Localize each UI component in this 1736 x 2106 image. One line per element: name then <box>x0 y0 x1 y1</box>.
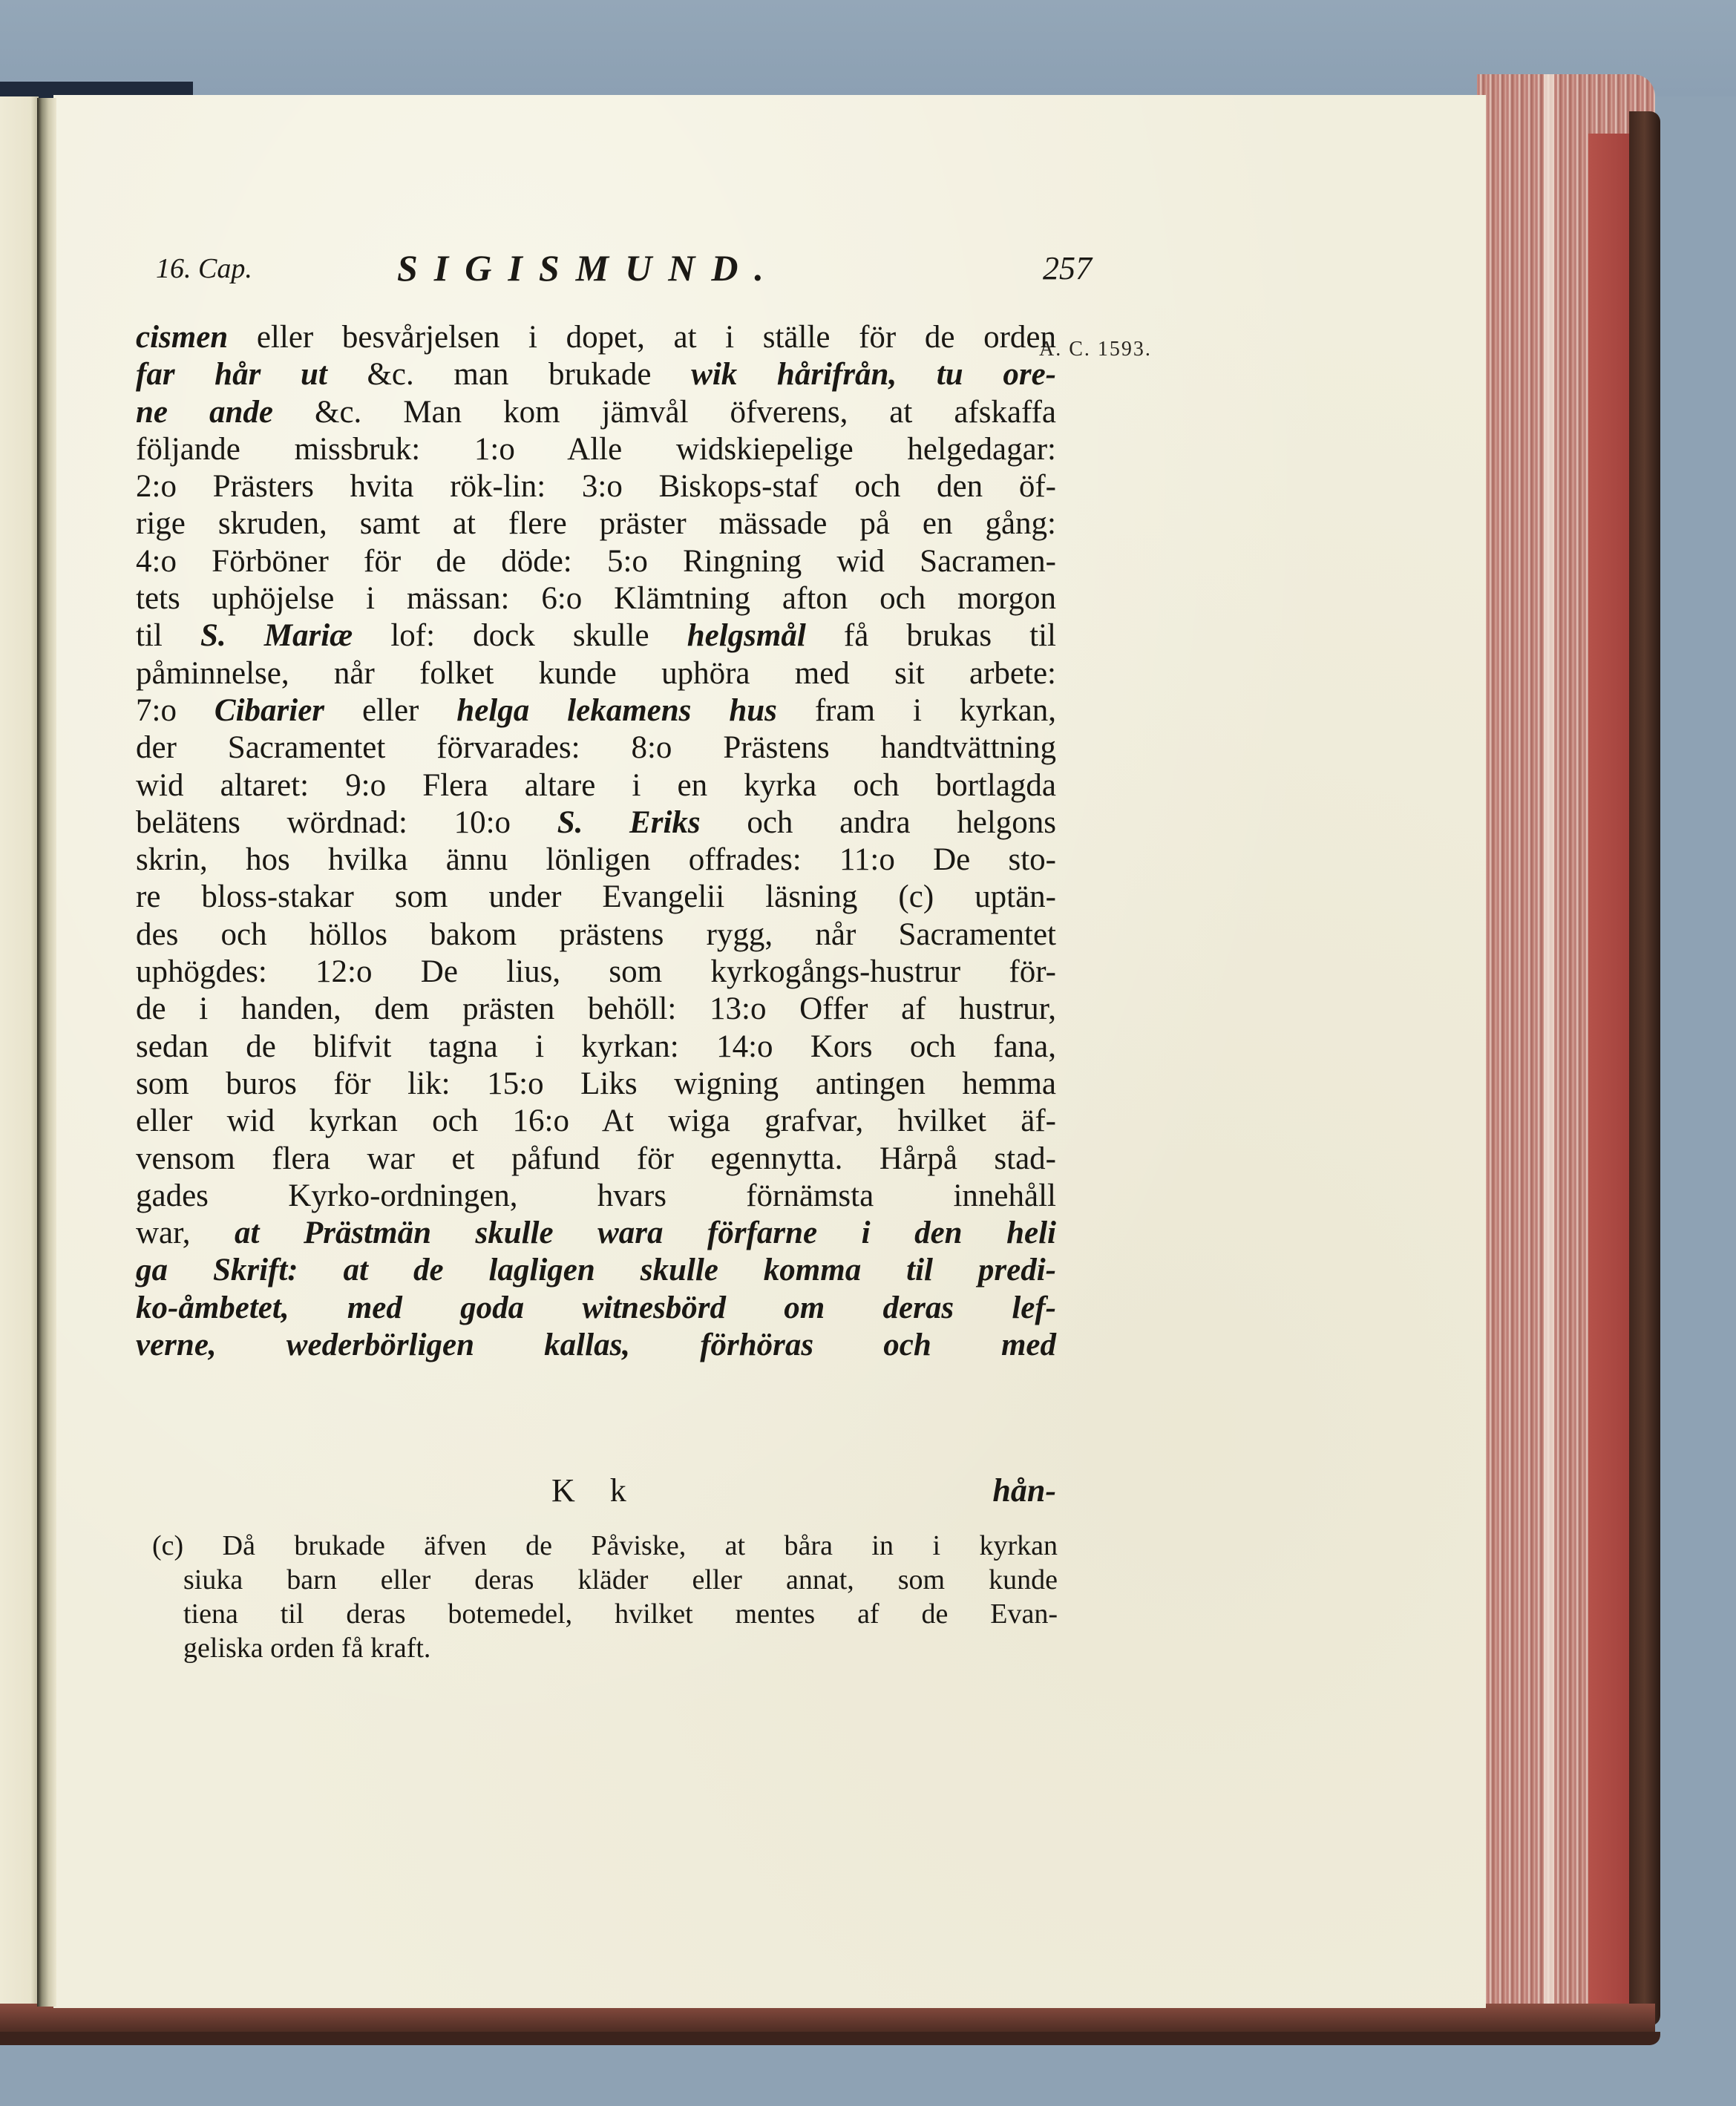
body-line: wid altaret: 9:o Flera altare i en kyrka… <box>136 767 1056 804</box>
text-run: der Sacramentet förvarades: 8:o Prästens… <box>136 730 1056 765</box>
body-line: ga Skrift: at de lagligen skulle komma t… <box>136 1252 1056 1289</box>
page-number: 257 <box>1043 249 1092 287</box>
footnote-line: (c) Då brukade äfven de Påviske, at båra… <box>152 1529 1058 1563</box>
text-run: belätens wördnad: 10:o <box>136 805 557 840</box>
leather-cover <box>1629 111 1660 2026</box>
italic-text: far hår ut <box>136 357 327 392</box>
text-run: få brukas til <box>806 618 1056 653</box>
body-line: påminnelse, når folket kunde uphöra med … <box>136 655 1056 692</box>
running-head: 16. Cap. SIGISMUND. 257 <box>156 246 1069 298</box>
footnote-line: tiena til deras botemedel, hvilket mente… <box>152 1597 1058 1631</box>
body-line: rige skruden, samt at flere präster mäss… <box>136 505 1056 542</box>
text-run: sedan de blifvit tagna i kyrkan: 14:o Ko… <box>136 1029 1056 1064</box>
body-line: belätens wördnad: 10:o S. Eriks och andr… <box>136 804 1056 842</box>
body-line: de i handen, dem prästen behöll: 13:o Of… <box>136 991 1056 1028</box>
signature-mark: K k <box>551 1472 640 1509</box>
body-line: 4:o Förböner för de döde: 5:o Ringning w… <box>136 543 1056 580</box>
text-run: tets uphöjelse i mässan: 6:o Klämtning a… <box>136 581 1056 616</box>
text-run: eller besvårjelsen i dopet, at i ställe … <box>228 320 1056 355</box>
italic-text: wik hårifrån, tu ore- <box>691 357 1056 392</box>
body-line: til S. Mariæ lof: dock skulle helgsmål f… <box>136 617 1056 655</box>
body-line: skrin, hos hvilka ännu lönligen offrades… <box>136 842 1056 879</box>
signature-line: K k hån- <box>136 1472 1056 1510</box>
body-line: 7:o Cibarier eller helga lekamens hus fr… <box>136 692 1056 729</box>
italic-text: at Prästmän skulle wara förfarne i den h… <box>235 1216 1056 1250</box>
text-run: 7:o <box>136 693 214 728</box>
bottom-cover <box>0 2032 1660 2045</box>
body-line: cismen eller besvårjelsen i dopet, at i … <box>136 319 1056 356</box>
text-run: 2:o Prästers hvita rök-lin: 3:o Biskops-… <box>136 469 1056 504</box>
footnote-line: siuka barn eller deras kläder eller anna… <box>152 1563 1058 1597</box>
body-line: vensom flera war et påfund för egennytta… <box>136 1141 1056 1178</box>
text-run: som buros för lik: 15:o Liks wigning ant… <box>136 1066 1056 1101</box>
body-line: des och höllos bakom prästens rygg, når … <box>136 916 1056 954</box>
text-run: rige skruden, samt at flere präster mäss… <box>136 506 1056 541</box>
text-run: til <box>136 618 200 653</box>
text-run: re bloss-stakar som under Evangelii läsn… <box>136 879 1056 914</box>
body-line: sedan de blifvit tagna i kyrkan: 14:o Ko… <box>136 1029 1056 1066</box>
footnote: (c) Då brukade äfven de Påviske, at båra… <box>152 1529 1058 1665</box>
text-run: de i handen, dem prästen behöll: 13:o Of… <box>136 991 1056 1026</box>
italic-text: cismen <box>136 320 228 355</box>
text-run: påminnelse, når folket kunde uphöra med … <box>136 656 1056 691</box>
body-line: far hår ut &c. man brukade wik hårifrån,… <box>136 356 1056 393</box>
italic-text: S. Eriks <box>557 805 701 840</box>
text-run: fram i kyrkan, <box>777 693 1056 728</box>
text-run: wid altaret: 9:o Flera altare i en kyrka… <box>136 768 1056 803</box>
italic-text: S. Mariæ <box>200 618 353 653</box>
body-text: cismen eller besvårjelsen i dopet, at i … <box>136 319 1056 1364</box>
red-edge-stain <box>1588 134 1633 2004</box>
body-line: uphögdes: 12:o De lius, som kyrkogångs-h… <box>136 954 1056 991</box>
background <box>0 0 1736 96</box>
text-run: 4:o Förböner för de döde: 5:o Ringning w… <box>136 544 1056 579</box>
body-line: tets uphöjelse i mässan: 6:o Klämtning a… <box>136 580 1056 617</box>
text-run: &c. Man kom jämvål öfverens, at afskaffa <box>273 395 1056 430</box>
chapter-label: 16. Cap. <box>156 252 252 285</box>
text-run: war, <box>136 1216 235 1250</box>
text-run: &c. man brukade <box>327 357 691 392</box>
text-run: eller wid kyrkan och 16:o At wiga grafva… <box>136 1103 1056 1138</box>
text-run: vensom flera war et påfund för egennytta… <box>136 1141 1056 1176</box>
text-run: gades Kyrko-ordningen, hvars förnämsta i… <box>136 1178 1056 1213</box>
text-run: des och höllos bakom prästens rygg, når … <box>136 917 1056 952</box>
body-line: som buros för lik: 15:o Liks wigning ant… <box>136 1066 1056 1103</box>
text-run: följande missbruk: 1:o Alle widskiepelig… <box>136 432 1056 467</box>
text-run: eller <box>324 693 456 728</box>
page-title: SIGISMUND. <box>397 246 780 289</box>
body-line: ko-åmbetet, med goda witnesbörd om deras… <box>136 1290 1056 1327</box>
italic-text: ne ande <box>136 395 273 430</box>
fore-edge-highlight <box>1544 74 1554 2011</box>
text-run: och andra helgons <box>701 805 1056 840</box>
body-line: der Sacramentet förvarades: 8:o Prästens… <box>136 729 1056 767</box>
gutter <box>37 98 56 2007</box>
text-run: lof: dock skulle <box>353 618 687 653</box>
footnote-line: geliska orden få kraft. <box>152 1631 1058 1665</box>
text-run: uphögdes: 12:o De lius, som kyrkogångs-h… <box>136 954 1056 989</box>
body-line: war, at Prästmän skulle wara förfarne i … <box>136 1215 1056 1252</box>
italic-text: ko-åmbetet, med goda witnesbörd om deras… <box>136 1290 1056 1325</box>
catchword: hån- <box>992 1472 1056 1509</box>
body-line: re bloss-stakar som under Evangelii läsn… <box>136 879 1056 916</box>
body-line: ne ande &c. Man kom jämvål öfverens, at … <box>136 394 1056 431</box>
bottom-page-edge <box>0 2004 1655 2033</box>
italic-text: helga lekamens hus <box>456 693 777 728</box>
text-run: skrin, hos hvilka ännu lönligen offrades… <box>136 842 1056 877</box>
italic-text: helgsmål <box>687 618 806 653</box>
italic-text: verne, wederbörligen kallas, förhöras oc… <box>136 1328 1056 1362</box>
body-line: gades Kyrko-ordningen, hvars förnämsta i… <box>136 1178 1056 1215</box>
left-page-edge <box>0 96 39 2004</box>
italic-text: Cibarier <box>214 693 324 728</box>
body-line: eller wid kyrkan och 16:o At wiga grafva… <box>136 1103 1056 1140</box>
body-line: verne, wederbörligen kallas, förhöras oc… <box>136 1327 1056 1364</box>
italic-text: ga Skrift: at de lagligen skulle komma t… <box>136 1253 1056 1287</box>
body-line: 2:o Prästers hvita rök-lin: 3:o Biskops-… <box>136 468 1056 505</box>
body-line: följande missbruk: 1:o Alle widskiepelig… <box>136 431 1056 468</box>
